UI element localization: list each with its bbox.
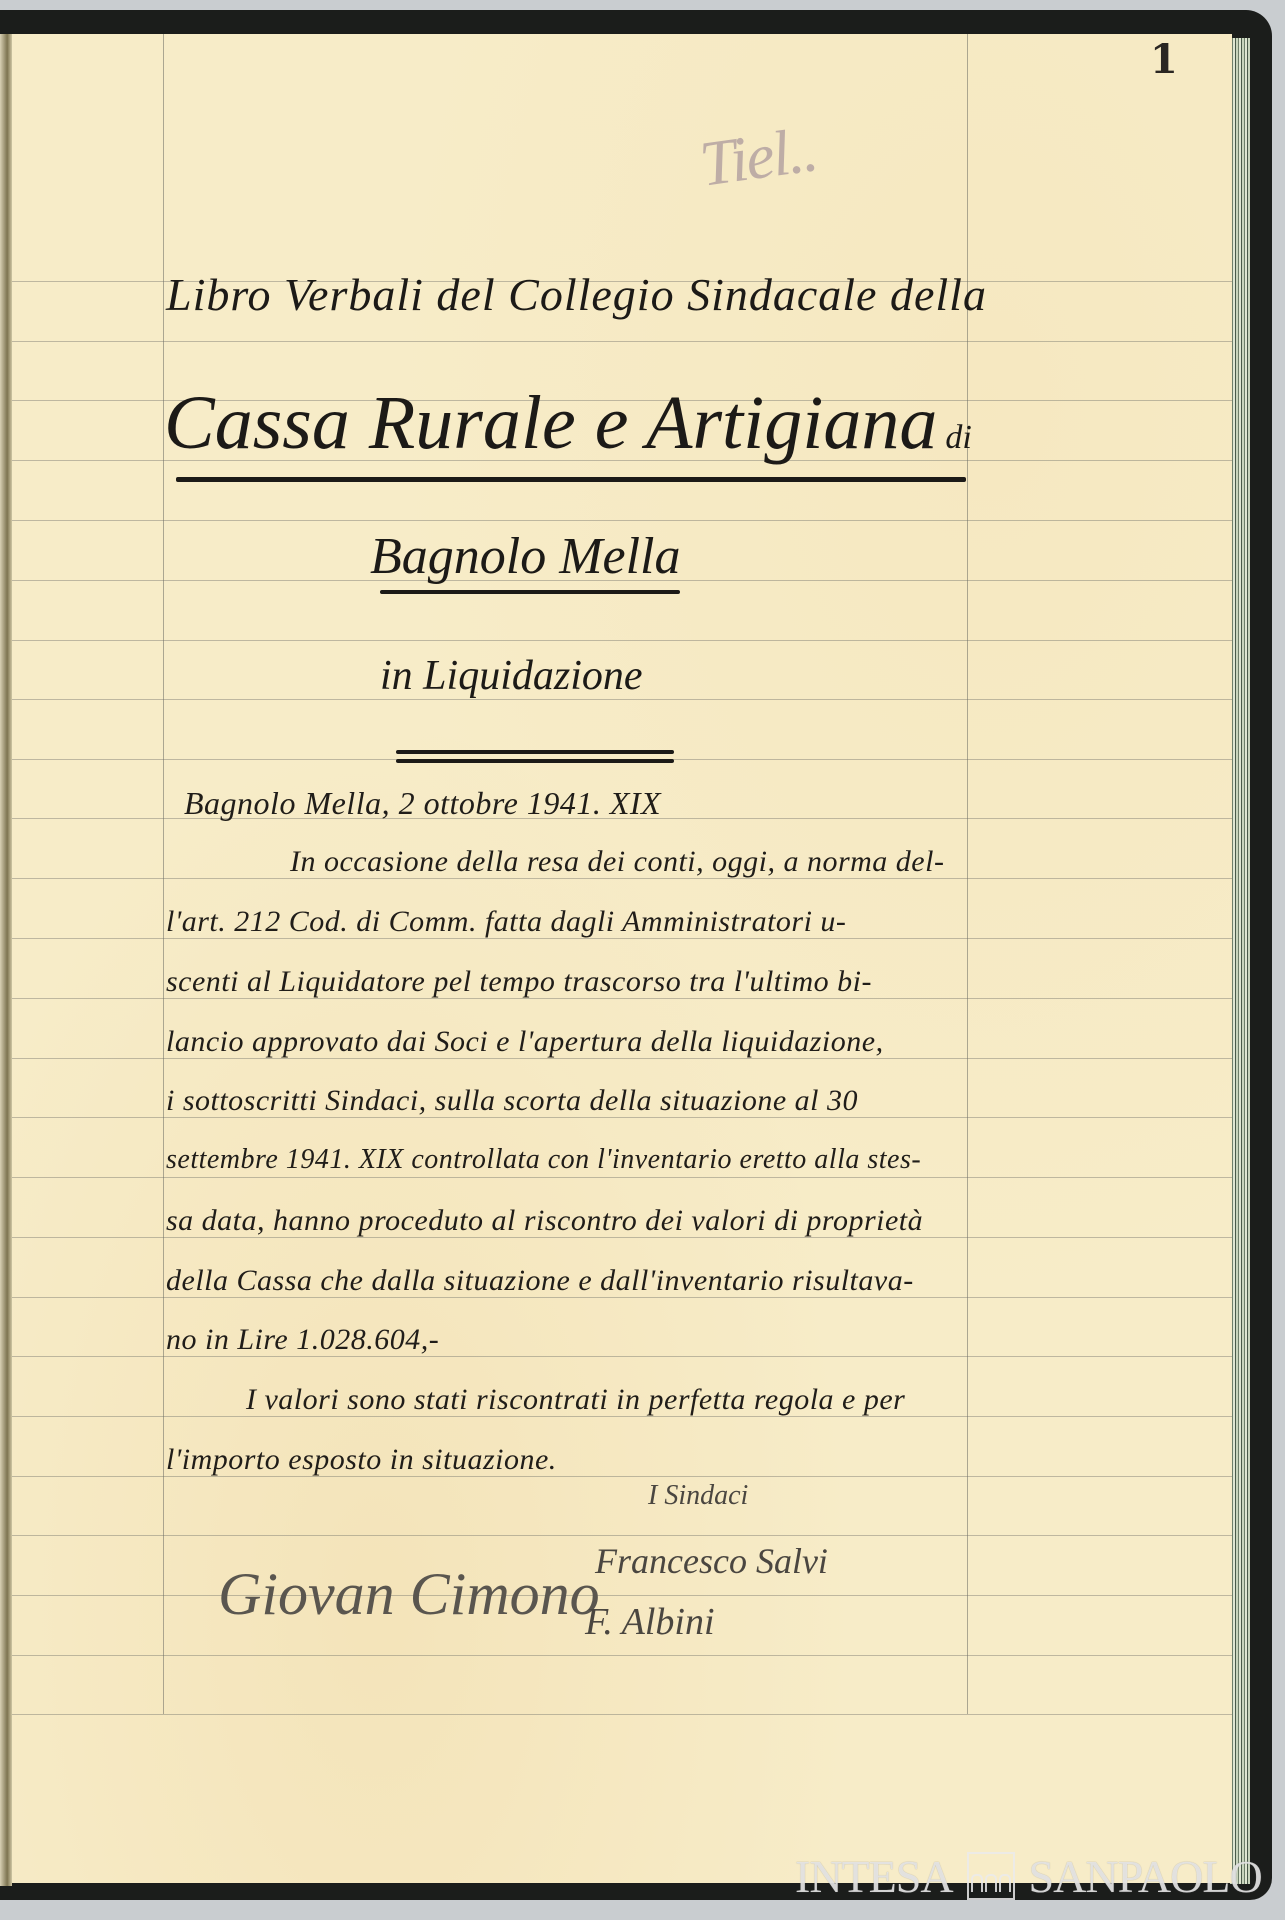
body-line: l'art. 212 Cod. di Comm. fatta dagli Amm… (166, 905, 846, 939)
town-underline (380, 590, 680, 594)
body-line: lancio approvato dai Soci e l'apertura d… (166, 1025, 884, 1059)
intesa-sanpaolo-watermark: INTESA SANPAOLO (795, 1853, 1262, 1899)
ruled-line (12, 640, 1232, 641)
ruled-line (12, 1714, 1232, 1715)
signature-left: Giovan Cimono (218, 1560, 600, 1629)
signatures-heading: I Sindaci (648, 1480, 748, 1512)
amount-line: no in Lire 1.028.604,- (166, 1323, 439, 1357)
title-line-1: Libro Verbali del Collegio Sindacale del… (166, 268, 987, 321)
signature-right-1: Francesco Salvi (595, 1540, 828, 1582)
double-rule-top (396, 750, 674, 754)
body-line: scenti al Liquidatore pel tempo trascors… (166, 965, 872, 999)
bank-logo-icon (967, 1852, 1015, 1900)
watermark-left-text: INTESA (795, 1850, 953, 1903)
left-margin-rule (163, 34, 164, 1714)
body-line: I valori sono stati riscontrati in perfe… (246, 1383, 905, 1417)
ruled-line (12, 1535, 1232, 1536)
watermark-right-text: SANPAOLO (1029, 1850, 1262, 1903)
ruled-line (12, 1177, 1232, 1178)
body-line: della Cassa che dalla situazione e dall'… (166, 1264, 914, 1298)
page-number: 1 (1150, 36, 1178, 83)
title-line-3: Bagnolo Mella (370, 527, 681, 586)
signature-right-2: F. Albini (585, 1600, 715, 1644)
double-rule-bottom (396, 759, 674, 763)
page-edges (1230, 38, 1250, 1884)
ruled-line (12, 1655, 1232, 1656)
ruled-line (12, 1595, 1232, 1596)
body-line: sa data, hanno proceduto al riscontro de… (166, 1204, 923, 1238)
body-line: i sottoscritti Sindaci, sulla scorta del… (166, 1084, 858, 1118)
ruled-line (12, 520, 1232, 521)
title-line-4: in Liquidazione (380, 652, 643, 700)
title-di: di (945, 419, 971, 456)
ruled-line (12, 341, 1232, 342)
date-line: Bagnolo Mella, 2 ottobre 1941. XIX (184, 785, 661, 822)
title-cassa-name: Cassa Rurale e Artigiana (164, 381, 937, 465)
body-line: In occasione della resa dei conti, oggi,… (290, 845, 944, 879)
title-underline (176, 477, 966, 482)
title-line-2: Cassa Rurale e Artigianadi (164, 380, 972, 467)
body-line: l'importo esposto in situazione. (166, 1443, 557, 1477)
binding-spine (0, 34, 12, 1886)
body-line: settembre 1941. XIX controllata con l'in… (166, 1144, 921, 1176)
